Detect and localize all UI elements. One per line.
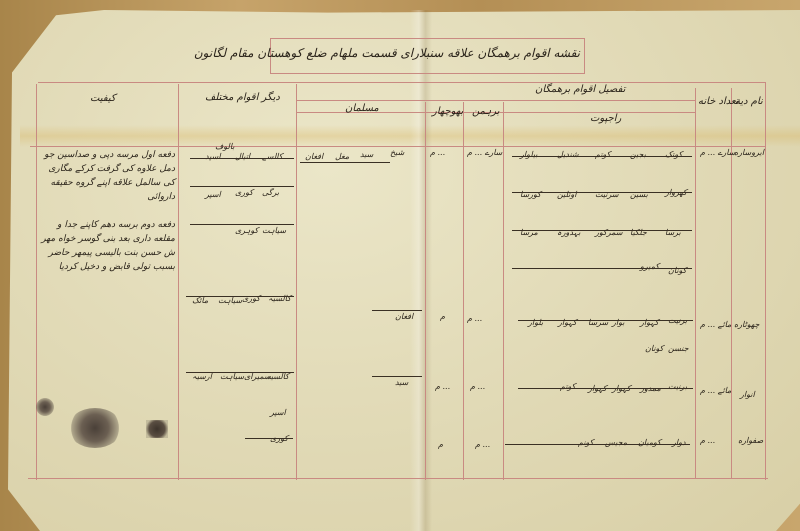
table-bottom-border — [28, 478, 768, 479]
row3-rajput-5: کوتم — [560, 382, 576, 391]
row2-other-3: سیاہت — [218, 296, 242, 305]
partial-seal-left — [36, 398, 54, 416]
col-rule-bohjpar — [463, 102, 464, 480]
table-left-border — [36, 84, 37, 480]
row4-bohjpar: م — [438, 440, 443, 449]
row4-total: ... م — [700, 436, 715, 445]
col-rule-rajput — [695, 88, 696, 478]
row2-brahmin: ... م — [467, 314, 482, 323]
row1-rajput-rule-3 — [512, 230, 692, 231]
row2-total: مائے ... م — [700, 320, 731, 329]
header-brahmin: برہمن — [472, 106, 500, 117]
header-muslim: مسلمان — [345, 103, 379, 114]
row1-other-3: اسپد — [205, 152, 221, 161]
row1-other-7: سیاہت — [262, 226, 286, 235]
row1-other-1: کالسے — [262, 152, 283, 161]
row1-rajput-3: کوتم — [595, 150, 611, 159]
row4-rajput-1: دوار — [672, 438, 686, 447]
row2-village: چهوٹاره — [734, 320, 759, 329]
header-total-households: تعداد خانه — [698, 96, 739, 107]
remarks-note-1: دفعه اول مرسه دپی و صداسین جو دمل علاوه … — [40, 148, 175, 204]
col-rule-other — [296, 84, 297, 480]
row1-total: سارے ... م — [700, 148, 735, 157]
group-subheader-rule — [296, 100, 696, 101]
row2-rajput-7: جنسن — [668, 344, 689, 353]
large-round-seal — [68, 408, 122, 448]
row1-rajput-rule-4 — [512, 268, 692, 269]
row1-rajput-4: شندیل — [557, 150, 579, 159]
row3-brahmin: ... م — [470, 382, 485, 391]
row4-village: صفواره — [738, 436, 763, 445]
row1-rajput-rule-1 — [512, 156, 692, 157]
row1-other-rule-3 — [190, 224, 294, 225]
row1-muslim-underline — [300, 162, 390, 163]
col-rule-muslim — [425, 102, 426, 480]
row3-other-rule — [186, 372, 294, 373]
note-2-label: دفعه دوم — [141, 220, 175, 230]
document-title: نقشه اقوام برهمگان علاقه سنبلارای قسمت م… — [280, 46, 580, 60]
header-rajput: راجپوت — [590, 113, 621, 124]
note-1-label: دفعه اول — [141, 150, 175, 160]
table-right-border — [765, 82, 766, 480]
row2-muslim-underline — [372, 310, 422, 311]
row3-bohjpar: ... م — [435, 382, 450, 391]
row2-other-4: مائک — [192, 296, 208, 305]
row4-rajput-4: کونم — [578, 438, 594, 447]
row4-other-rule — [245, 438, 293, 439]
row3-other-3: سیاہت — [220, 372, 244, 381]
small-square-seal — [146, 420, 168, 438]
row1-other-rule-2 — [190, 186, 294, 187]
row1-other-8: کوہری — [235, 226, 258, 235]
row4-brahmin: ... م — [475, 440, 490, 449]
header-tribe-details-group: تفصیل اقوام برهمگان — [535, 84, 625, 95]
row3-rajput-1: برنیت — [668, 382, 687, 391]
row2-rajput-rule — [518, 320, 693, 321]
row4-rajput-rule — [505, 444, 690, 445]
row3-other-4: ارسیہ — [192, 372, 212, 381]
col-rule-remarks — [178, 84, 179, 480]
row4-rajput-3: مجیس — [605, 438, 627, 447]
header-remarks: کیفیت — [90, 93, 116, 104]
row3-muslim-underline — [372, 376, 422, 377]
header-other-tribes: دیگر اقوام مختلف — [205, 92, 280, 103]
row1-rajput-2: بجین — [630, 150, 646, 159]
row1-rajput-1: کوتک — [665, 150, 682, 159]
row1-bohjpar: ... م — [430, 148, 445, 157]
row3-other-5: اسپر — [270, 408, 286, 417]
paper-fold-crease — [410, 10, 432, 531]
col-rule-brahmin — [503, 102, 504, 480]
row2-other-rule — [186, 296, 294, 297]
remarks-note-2: دفعه دوم برسه دهم کاپنے جدا و مقلعه داری… — [40, 218, 175, 274]
row1-muslim-1: شیخ — [390, 148, 404, 157]
header-bottom-rule — [30, 146, 765, 147]
row4-rajput-2: کومیان — [638, 438, 661, 447]
row3-rajput-rule — [518, 388, 693, 389]
row1-brahmin: سارے ... م — [467, 148, 502, 157]
table-top-border — [38, 82, 765, 83]
row3-other-2: سمیرای — [244, 372, 271, 381]
row3-village: انوار — [740, 390, 755, 399]
row3-total: مائے ... م — [700, 386, 731, 395]
header-bohjpar: بهوچهار — [432, 106, 463, 117]
row1-rajput-17: کمیرو — [640, 262, 659, 271]
row1-village: ایروساره — [734, 148, 764, 157]
row1-rajput-rule-2 — [512, 192, 692, 193]
row1-rajput-5: بیلوار — [520, 150, 538, 159]
row2-muslim-1: افغان — [395, 312, 413, 321]
row1-other-6: اسپر — [205, 190, 221, 199]
row1-other-subheader: بالوف — [215, 142, 235, 151]
row1-muslim-2: سید — [360, 150, 373, 159]
row3-muslim-1: سید — [395, 378, 408, 387]
row2-rajput-8: کونان — [645, 344, 663, 353]
row1-other-2: اتیال — [235, 152, 250, 161]
row1-muslim-3: مغل — [335, 152, 349, 161]
row2-bohjpar: م — [440, 312, 445, 321]
row1-other-5: کوری — [235, 188, 253, 197]
row1-other-rule-1 — [190, 158, 294, 159]
row1-other-4: برگی — [262, 188, 279, 197]
col-rule-total — [731, 88, 732, 478]
header-village-name: نام دیه — [735, 96, 763, 107]
row1-muslim-4: افغان — [305, 152, 323, 161]
